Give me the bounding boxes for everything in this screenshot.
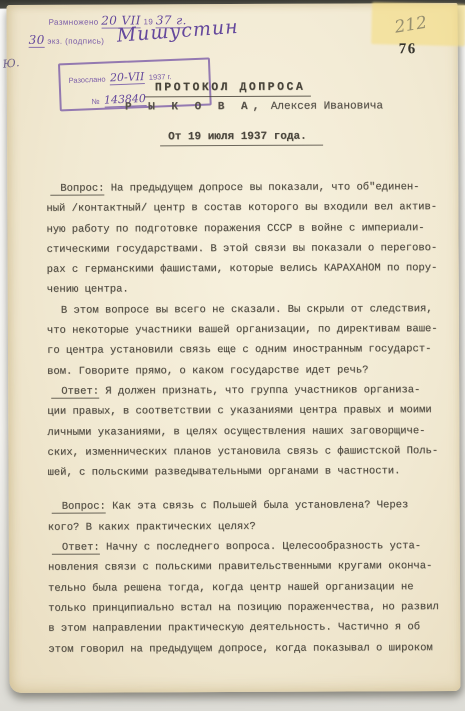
document-date-line: От 19 июля 1937 года. [160,131,323,147]
body-line: этом говорил на предыдущем допросе, когд… [48,638,452,660]
body-line: чению центра. [47,279,451,301]
document-page: Размножено 20 VII 19 37 г. 30 экз. (подп… [7,3,461,693]
body-line: тельно была решена тогда, когда центр на… [48,577,452,599]
body-line: ских, изменнических планов установила св… [47,441,451,463]
body-line: в этом направлении практическую деятельн… [48,617,452,639]
subject-surname: Р Ы К О В А, [125,101,264,114]
subject-name-line: Р Ы К О В А, Алексея Ивановича [125,100,383,113]
body-line: ции правых, в соответствии с указаниями … [47,400,451,422]
body-line: стическими государствами. В этой связи в… [47,238,451,260]
registration-stamp-label: Разослано [68,75,105,85]
copies-stamp-line2: 30 экз. (подпись) [29,33,105,47]
body-line: го центра установили связь еще с одним и… [47,339,451,361]
body-line: что некоторые участники вашей организаци… [47,319,451,341]
underlined-lead: Ответ: [51,386,99,399]
page-number-stamped: 76 [399,41,417,58]
copies-stamp-label: Размножено [49,18,99,27]
body-line: Вопрос: На предыдущем допросе вы показал… [46,177,450,199]
body-line: шей, с польскими разведывательными орган… [47,461,451,483]
body-line: ную работу по подготовке поражения СССР … [46,218,450,240]
copies-count-handwritten: 30 [29,33,45,48]
scanned-document-viewport: Размножено 20 VII 19 37 г. 30 экз. (подп… [0,0,465,711]
underlined-lead: Вопрос: [50,183,104,196]
body-line: ный /контактный/ центр в состав которого… [46,197,450,219]
underlined-lead: Вопрос: [52,501,106,514]
body-line: Вопрос: Как эта связь с Польшей была уст… [48,496,452,518]
body-line: Ответ: Я должен признать, что группа уча… [47,380,451,402]
body-line: новления связи с польскими правительстве… [48,556,452,578]
body-line: кого? В каких практических целях? [48,516,452,538]
body-line: только принципиально встал на позицию по… [48,597,452,619]
body-line: вом. Говорите прямо, о каком государстве… [47,360,451,382]
registration-number-label: № [91,97,99,106]
copies-unit-label: экз. [47,37,62,46]
body-line: рах с германскими фашистами, которые вел… [47,258,451,280]
margin-mark-handwritten: Ю. [2,56,20,71]
subject-given-names: Алексея Ивановича [264,100,383,113]
registration-date-handwritten: 20-VII [110,70,145,85]
signature-note-label: (подпись) [65,37,104,46]
body-line: Ответ: Начну с последнего вопроса. Целес… [48,536,452,558]
underlined-lead: Ответ: [52,542,100,555]
body-line: личными указаниями, в целях осуществлени… [47,421,451,443]
body-text: Вопрос: На предыдущем допросе вы показал… [46,177,452,660]
document-title: ПРОТОКОЛ ДОПРОСА [145,81,311,98]
body-line: В этом вопросе вы всего не сказали. Вы с… [47,299,451,321]
